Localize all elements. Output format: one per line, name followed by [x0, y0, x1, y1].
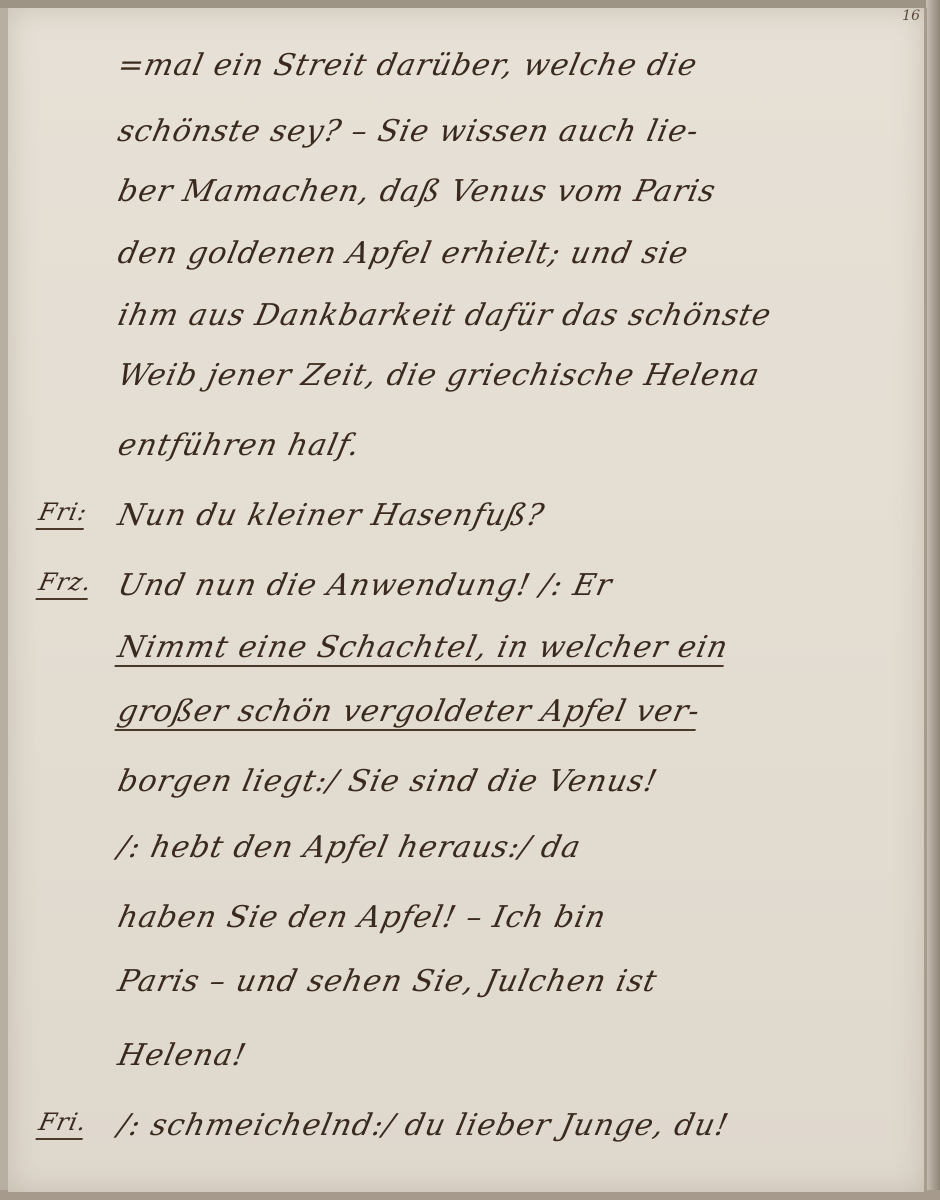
text-line: /: hebt den Apfel heraus:/ da — [4, 830, 929, 870]
manuscript-page: 16 =mal ein Streit darüber, welche die s… — [8, 8, 927, 1192]
text-line: Weib jener Zeit, die griechische Helena — [4, 358, 929, 398]
text-line: Paris – und sehen Sie, Julchen ist — [4, 964, 929, 1004]
dialogue-line: Fri./: schmeichelnd:/ du lieber Junge, d… — [4, 1108, 929, 1148]
speaker-label: Frz. — [35, 568, 94, 600]
page-right-edge — [926, 0, 940, 1200]
speaker-label: Fri: — [35, 498, 90, 530]
text-line: ber Mamachen, daß Venus vom Paris — [4, 174, 929, 214]
text-line: den goldenen Apfel erhielt; und sie — [4, 236, 929, 276]
text-line: entführen half. — [4, 428, 929, 468]
dialogue-line: Frz.Und nun die Anwendung! /: Er — [4, 568, 929, 608]
stage-direction-line: großer schön vergoldeter Apfel ver- — [4, 694, 929, 734]
text-line: borgen liegt:/ Sie sind die Venus! — [4, 764, 929, 804]
speaker-label: Fri. — [35, 1108, 89, 1140]
text-line: haben Sie den Apfel! – Ich bin — [4, 900, 929, 940]
dialogue-line: Fri:Nun du kleiner Hasenfuß? — [4, 498, 929, 538]
text-line: Helena! — [4, 1038, 929, 1078]
text-line: =mal ein Streit darüber, welche die — [4, 48, 929, 88]
text-line: ihm aus Dankbarkeit dafür das schönste — [4, 298, 929, 338]
text-line: schönste sey? – Sie wissen auch lie- — [4, 114, 929, 154]
page-number: 16 — [902, 8, 920, 24]
page-top-edge — [0, 0, 940, 8]
stage-direction-line: Nimmt eine Schachtel, in welcher ein — [4, 630, 929, 670]
